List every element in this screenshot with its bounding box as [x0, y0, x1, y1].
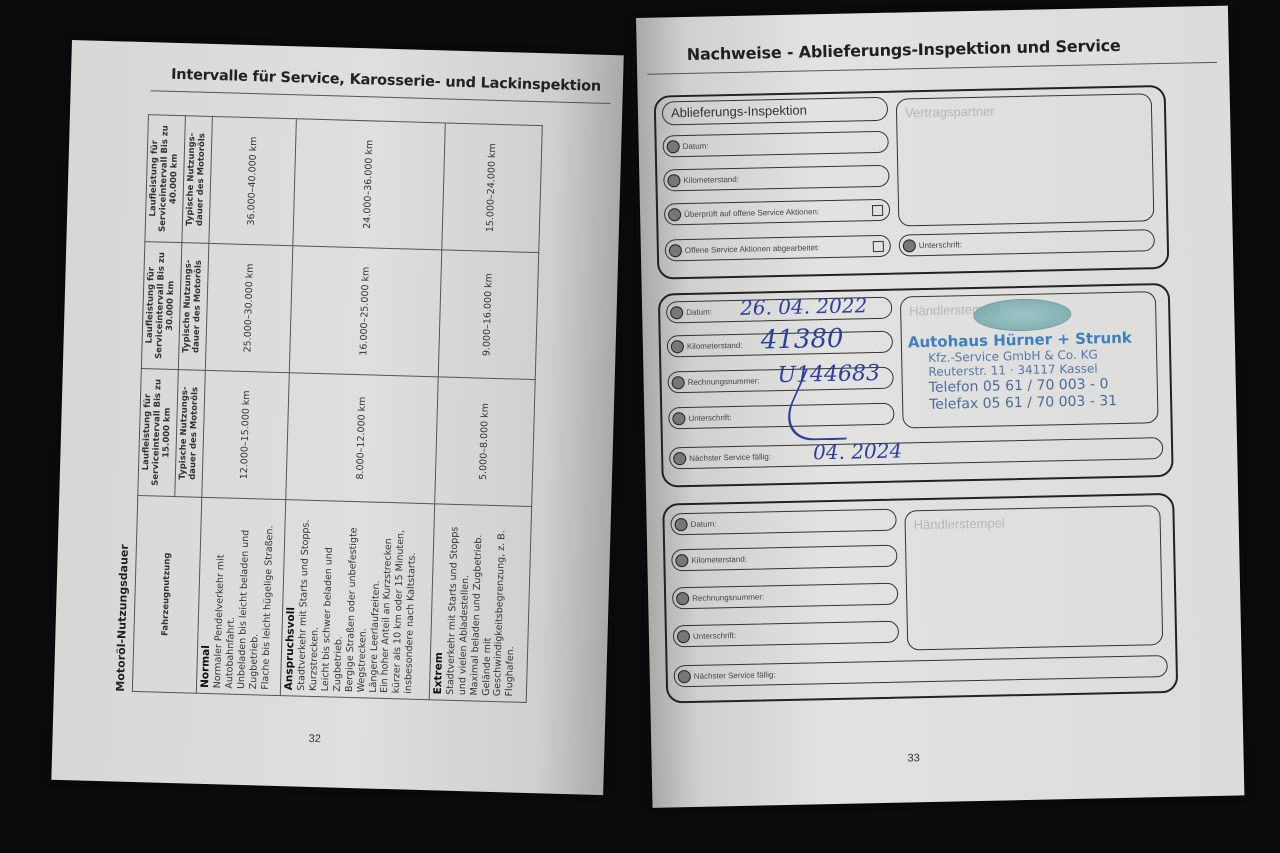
left-page: Intervalle für Service, Karosserie- und … — [51, 40, 623, 795]
column-header-usage: Fahrzeugnutzung — [132, 495, 201, 693]
field-label: Nächster Service fällig: — [694, 670, 776, 681]
dealer-stamp-box: Händlerstempel — [904, 505, 1163, 650]
field-label: Rechnungsnummer: — [688, 376, 760, 387]
checkbox[interactable] — [872, 204, 883, 215]
usage-line: Unbeladen bis leicht beladen und Zugbetr… — [236, 530, 260, 690]
km-cell: 16.000–25.000 km — [289, 246, 441, 377]
right-page: Nachweise - Ablieferungs-Inspektion und … — [636, 6, 1244, 808]
signature-field[interactable]: Unterschrift: — [899, 229, 1155, 256]
usage-line: Stadtverkehr mit Starts und Stopps und v… — [445, 527, 471, 696]
dealer-stamp: Autohaus Hürner + Strunk Kfz.-Service Gm… — [908, 328, 1160, 414]
km-cell: 24.000–36.000 km — [293, 119, 445, 250]
table-row: Anspruchsvoll Stadtverkehr mit Starts un… — [280, 119, 445, 700]
bullet-icon — [671, 340, 684, 353]
bullet-icon — [675, 554, 688, 567]
bullet-icon — [670, 306, 683, 319]
column-subheader: Typische Nutzungs­dauer des Motoröls — [179, 243, 209, 371]
delivery-inspection-card: Ablieferungs-Inspektion Datum: Kilometer… — [654, 85, 1170, 280]
usage-cell: Extrem Stadtverkehr mit Starts und Stopp… — [429, 504, 532, 703]
field-label: Rechnungsnummer: — [692, 592, 764, 603]
service-actions-done-field[interactable]: Offene Service Aktionen abgearbeitet: — [665, 235, 891, 262]
service-record-card: Datum: 26. 04. 2022 Kilometerstand: 4138… — [658, 283, 1174, 488]
field-label: Unterschrift: — [693, 631, 736, 641]
bullet-icon — [672, 412, 685, 425]
service-actions-checked-field[interactable]: Überprüft auf offene Service Aktionen: — [664, 199, 890, 226]
dealer-stamp-box: Händlerstempel Autohaus Hürner + Strunk … — [900, 291, 1159, 428]
bullet-icon — [669, 244, 682, 257]
field-label: Unterschrift: — [688, 413, 731, 423]
usage-line: Normaler Pendelverkehr mit Autobahnfahrt… — [212, 554, 237, 688]
usage-line: Gelände mit Geschwindigkeitsbegrenzung, … — [480, 530, 516, 697]
date-field[interactable]: Datum: — [670, 509, 896, 536]
partner-stamp-box: Vertragspartner — [896, 93, 1155, 226]
column-header-interval: Laufleistung für Serviceintervall Bis zu… — [141, 242, 182, 370]
signature-field[interactable]: Unterschrift: — [673, 621, 899, 648]
bullet-icon — [667, 140, 680, 153]
bullet-icon — [903, 239, 916, 252]
km-cell: 12.000–15.000 km — [202, 370, 290, 499]
handwritten-mileage: 41380 — [760, 324, 843, 356]
field-label: Unterschrift: — [919, 240, 962, 250]
bullet-icon — [677, 630, 690, 643]
mileage-field[interactable]: Kilometerstand: — [663, 165, 889, 192]
column-subheader: Typische Nutzungs­dauer des Motoröls — [182, 116, 212, 244]
rotated-table-region: Motoröl-Nutzungsdauer Fahrzeugnutzung La… — [114, 112, 550, 704]
usage-cell: Normal Normaler Pendelverkehr mit Autoba… — [196, 497, 286, 695]
mileage-field[interactable]: Kilometerstand: — [671, 545, 897, 572]
km-cell: 5.000–8.000 km — [435, 377, 536, 507]
field-label: Nächster Service fällig: — [689, 452, 771, 463]
date-field[interactable]: Datum: — [662, 131, 888, 158]
usage-line: Leicht bis schwer beladen und Zugbetrieb… — [320, 547, 344, 692]
km-cell: 25.000–30.000 km — [205, 243, 293, 372]
dealer-logo-icon — [973, 298, 1072, 332]
handwritten-date: 26. 04. 2022 — [740, 293, 868, 320]
field-label: Kilometerstand: — [691, 554, 747, 564]
stamp-placeholder: Vertragspartner — [905, 104, 995, 121]
table-row: Normal Normaler Pendelverkehr mit Autoba… — [196, 116, 296, 695]
field-label: Offene Service Aktionen abgearbeitet: — [685, 243, 820, 255]
usage-cell: Anspruchsvoll Stadtverkehr mit Starts un… — [280, 499, 434, 699]
page-number: 33 — [907, 752, 919, 764]
usage-line: Stadtverkehr mit Starts und Stopps. Kurz… — [296, 519, 321, 691]
bullet-icon — [667, 174, 680, 187]
checkbox[interactable] — [873, 240, 884, 251]
field-label: Überprüft auf offene Service Aktionen: — [684, 207, 819, 219]
card-title: Ablieferungs-Inspektion — [662, 97, 888, 126]
column-header-interval: Laufleistung für Serviceintervall Bis zu… — [138, 368, 179, 496]
table-row: Extrem Stadtverkehr mit Starts und Stopp… — [429, 123, 542, 702]
field-label: Datum: — [683, 141, 709, 151]
field-label: Datum: — [686, 307, 712, 317]
title-rule — [647, 62, 1217, 75]
next-service-field[interactable]: Nächster Service fällig: — [674, 655, 1168, 687]
column-subheader: Typische Nutzungs­dauer des Motoröls — [175, 369, 205, 497]
usage-line: Ein hoher Anteil an Kurzstrecken kürzer … — [379, 530, 418, 694]
usage-line: Flache bis leicht hügelige Straßen. — [259, 525, 275, 689]
field-label: Kilometerstand: — [687, 340, 743, 350]
oil-interval-table: Fahrzeugnutzung Laufleistung für Service… — [132, 114, 543, 703]
column-header-interval: Laufleistung für Serviceintervall Bis zu… — [145, 115, 186, 243]
bullet-icon — [678, 669, 691, 682]
km-cell: 15.000–24.000 km — [442, 123, 543, 253]
page-title: Nachweise - Ablieferungs-Inspektion und … — [687, 36, 1121, 64]
km-cell: 9.000–16.000 km — [438, 250, 539, 380]
handwritten-next-service: 04. 2024 — [813, 439, 903, 465]
km-cell: 8.000–12.000 km — [286, 373, 438, 504]
km-cell: 36.000–40.000 km — [209, 116, 297, 245]
next-service-field[interactable]: Nächster Service fällig: — [669, 437, 1163, 469]
field-label: Kilometerstand: — [683, 174, 739, 184]
bullet-icon — [673, 452, 686, 465]
section-label: Motoröl-Nutzungsdauer — [114, 544, 131, 692]
service-record-card-empty: Datum: Kilometerstand: Rechnungsnummer: … — [662, 493, 1178, 704]
bullet-icon — [676, 592, 689, 605]
page-number: 32 — [308, 733, 321, 745]
invoice-number-field[interactable]: Rechnungsnummer: — [672, 583, 898, 610]
bullet-icon — [674, 518, 687, 531]
field-label: Datum: — [691, 519, 717, 529]
bullet-icon — [668, 208, 681, 221]
bullet-icon — [672, 376, 685, 389]
usage-line: Bergige Straßen oder unbefestigte Wegstr… — [344, 527, 369, 692]
stamp-placeholder: Händlerstempel — [914, 515, 1005, 532]
page-title: Intervalle für Service, Karosserie- und … — [171, 67, 601, 95]
